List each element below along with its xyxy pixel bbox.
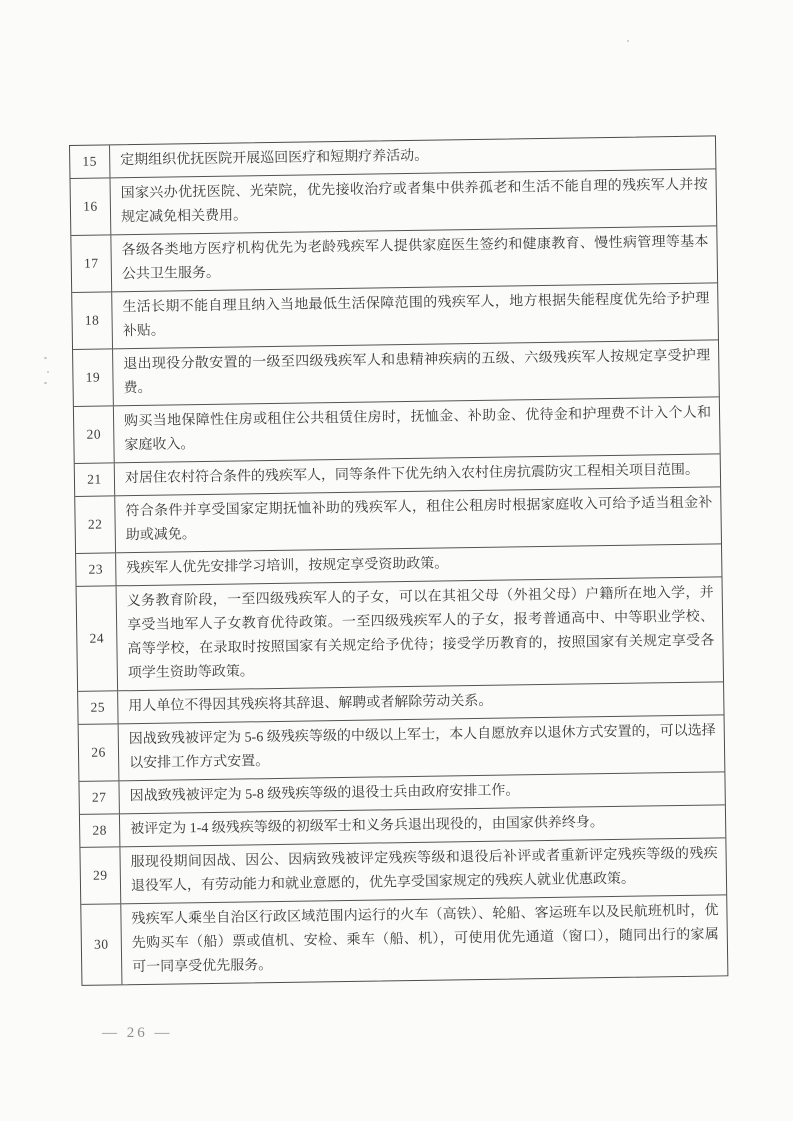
row-number: 19 [73, 349, 114, 406]
table-row: 29服现役期间因战、因公、因病致残被评定残疾等级和退役后补评或者重新评定残疾等级… [80, 838, 726, 905]
row-number: 30 [81, 904, 122, 985]
row-number: 23 [76, 553, 116, 586]
row-number: 18 [72, 292, 113, 349]
row-text: 退出现役分散安置的一级至四级残疾军人和患精神疾病的五级、六级残疾军人按规定享受护… [113, 340, 719, 405]
table-row: 18生活长期不能自理且纳入当地最低生活保障范围的残疾军人，地方根据失能程度优先给… [72, 283, 718, 350]
table-row: 24义务教育阶段，一至四级残疾军人的子女，可以在其祖父母（外祖父母）户籍所在地入… [77, 577, 723, 692]
row-number: 24 [77, 586, 119, 691]
row-text: 各级各类地方医疗机构优先为老龄残疾军人提供家庭医生签约和健康教育、慢性病管理等基… [111, 226, 717, 291]
row-number: 20 [74, 406, 115, 463]
row-number: 29 [80, 847, 121, 904]
row-text: 符合条件并享受国家定期抚恤补助的残疾军人，租住公租房时根据家庭收入可给予适当租金… [115, 487, 721, 552]
row-number: 15 [70, 145, 110, 178]
row-number: 25 [78, 691, 118, 724]
row-number: 17 [71, 235, 112, 292]
row-number: 27 [79, 781, 119, 814]
scan-artifact-speck [627, 40, 629, 42]
table-row: 30残疾军人乘坐自治区行政区域范围内运行的火车（高铁）、轮船、客运班车以及民航班… [81, 895, 727, 985]
table-row: 19退出现役分散安置的一级至四级残疾军人和患精神疾病的五级、六级残疾军人按规定享… [73, 340, 719, 407]
row-number: 21 [75, 463, 115, 496]
row-number: 28 [80, 814, 120, 847]
row-text: 残疾军人乘坐自治区行政区域范围内运行的火车（高铁）、轮船、客运班车以及民航班机时… [121, 895, 727, 984]
row-text: 购买当地保障性住房或租住公共租赁住房时，抚恤金、补助金、优待金和护理费不计入个人… [114, 397, 720, 462]
scan-artifact-speck [44, 357, 47, 359]
table-row: 26因战致残被评定为 5-6 级残疾等级的中级以上军士，本人自愿放弃以退休方式安… [79, 715, 725, 782]
row-text: 国家兴办优抚医院、光荣院，优先接收治疗或者集中供养孤老和生活不能自理的残疾军人并… [110, 169, 716, 234]
scan-artifact-speck [44, 382, 47, 384]
row-text: 因战致残被评定为 5-6 级残疾等级的中级以上军士，本人自愿放弃以退休方式安置的… [119, 715, 725, 780]
row-text: 服现役期间因战、因公、因病致残被评定残疾等级和退役后补评或者重新评定残疾等级的残… [120, 838, 726, 903]
scan-artifact-speck [47, 371, 49, 373]
row-number: 22 [75, 496, 116, 553]
benefits-table: 15定期组织优抚医院开展巡回医疗和短期疗养活动。16国家兴办优抚医院、光荣院，优… [69, 135, 728, 986]
row-text: 生活长期不能自理且纳入当地最低生活保障范围的残疾军人，地方根据失能程度优先给予护… [112, 283, 718, 348]
table-row: 22符合条件并享受国家定期抚恤补助的残疾军人，租住公租房时根据家庭收入可给予适当… [75, 487, 721, 554]
table-row: 20购买当地保障性住房或租住公共租赁住房时，抚恤金、补助金、优待金和护理费不计入… [74, 397, 720, 464]
table-row: 16国家兴办优抚医院、光荣院，优先接收治疗或者集中供养孤老和生活不能自理的残疾军… [71, 169, 717, 236]
table-row: 17各级各类地方医疗机构优先为老龄残疾军人提供家庭医生签约和健康教育、慢性病管理… [71, 226, 717, 293]
page-number: — 26 — [102, 1025, 173, 1042]
row-number: 16 [71, 178, 112, 235]
row-text: 义务教育阶段，一至四级残疾军人的子女，可以在其祖父母（外祖父母）户籍所在地入学，… [117, 577, 723, 690]
row-number: 26 [79, 724, 120, 781]
scanned-document-page: 15定期组织优抚医院开展巡回医疗和短期疗养活动。16国家兴办优抚医院、光荣院，优… [0, 0, 793, 1121]
